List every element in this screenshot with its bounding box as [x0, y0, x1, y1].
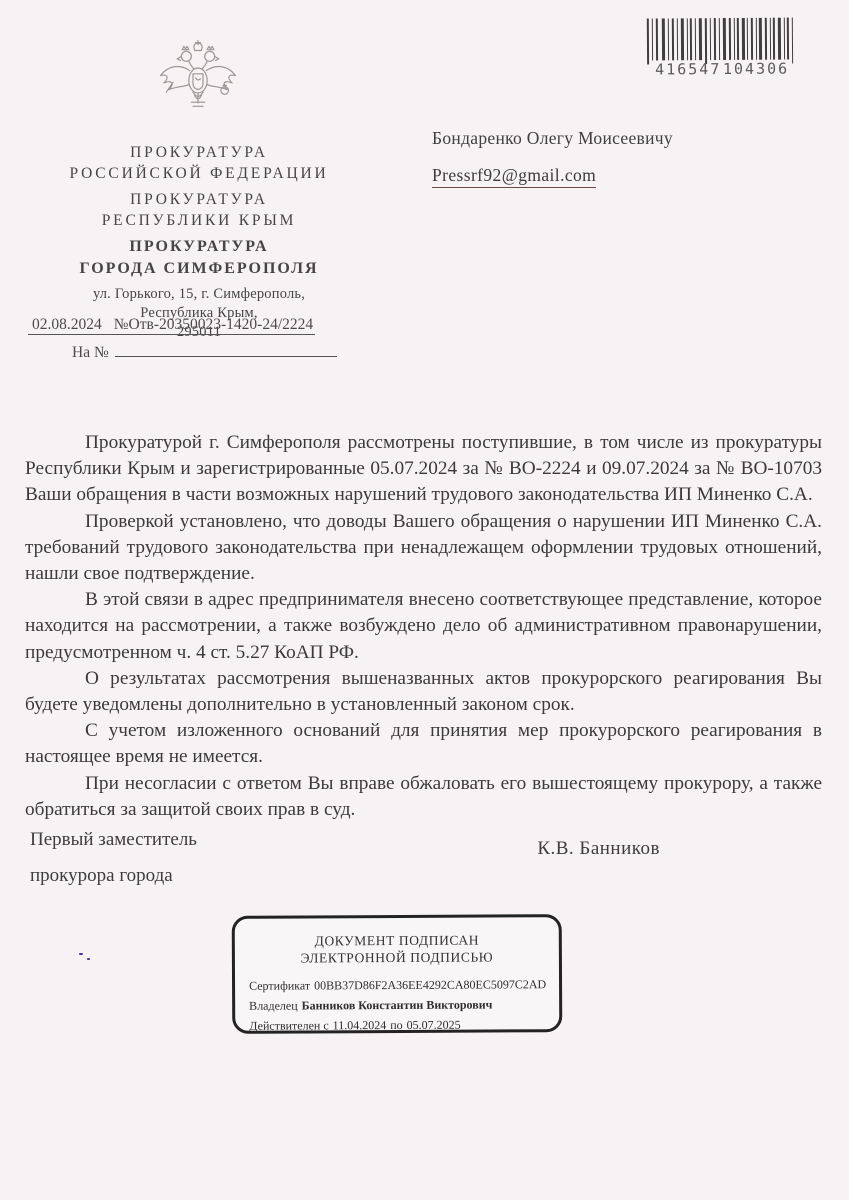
barcode-number-left: 416547 [655, 60, 721, 78]
org-line: ПРОКУРАТУРА [44, 189, 354, 210]
ink-speck [79, 953, 83, 955]
recipient-block: Бондаренко Олегу Моисеевичу Pressrf92@gm… [432, 128, 762, 188]
signer-position-line: прокурора города [30, 858, 820, 894]
validity-to-label: по [390, 1018, 402, 1032]
stamp-owner-line: ВладелецБанников Константин Викторович [249, 994, 559, 1016]
number-value: Отв-20350023-1420-24/2224 [129, 316, 314, 333]
org-line: ГОРОДА СИМФЕРОПОЛЯ [44, 258, 354, 280]
letter-body: Прокуратурой г. Симферополя рассмотрены … [25, 430, 822, 823]
ink-speck [87, 958, 90, 960]
body-paragraph: При несогласии с ответом Вы вправе обжал… [25, 771, 822, 823]
org-city: ПРОКУРАТУРА ГОРОДА СИМФЕРОПОЛЯ [44, 236, 354, 280]
barcode-number-right: 104306 [723, 60, 789, 78]
owner-label: Владелец [249, 999, 298, 1013]
letter-number: №Отв-20350023-1420-24/2224 [112, 316, 315, 335]
signer-position: Первый заместитель прокурора города [30, 822, 820, 894]
barcode-bars-icon [645, 17, 797, 64]
letter-date: 02.08.2024 [28, 316, 112, 335]
org-line: РОССИЙСКОЙ ФЕДЕРАЦИИ [44, 163, 354, 184]
validity-label: Действителен с [249, 1018, 328, 1032]
body-paragraph: Проверкой установлено, что доводы Вашего… [25, 509, 822, 588]
reply-to-blank-field [115, 342, 337, 357]
number-sign: № [114, 316, 129, 333]
stamp-details: Сертификат00BB37D86F2A36EE4292CA80EC5097… [249, 974, 559, 1036]
recipient-name: Бондаренко Олегу Моисеевичу [432, 128, 762, 149]
stamp-title: ДОКУМЕНТ ПОДПИСАН ЭЛЕКТРОННОЙ ПОДПИСЬЮ [235, 931, 559, 967]
stamp-title-line: ЭЛЕКТРОННОЙ ПОДПИСЬЮ [235, 948, 559, 967]
validity-to: 05.07.2025 [407, 1018, 461, 1032]
body-paragraph: С учетом изложенного оснований для приня… [25, 718, 822, 770]
body-paragraph: О результатах рассмотрения вышеназванных… [25, 666, 822, 718]
org-line: ПРОКУРАТУРА [44, 236, 354, 258]
russian-coat-of-arms-icon [148, 36, 248, 145]
electronic-signature-stamp: ДОКУМЕНТ ПОДПИСАН ЭЛЕКТРОННОЙ ПОДПИСЬЮ С… [232, 914, 563, 1034]
body-paragraph: В этой связи в адрес предпринимателя вне… [25, 587, 822, 666]
signer-name: К.В. Банников [537, 838, 660, 860]
stamp-validity-line: Действителен с11.04.2024по05.07.2025 [249, 1014, 559, 1036]
barcode-digits: 416547 104306 [645, 59, 797, 78]
owner-value: Банников Константин Викторович [302, 998, 493, 1013]
body-paragraph: Прокуратурой г. Симферополя рассмотрены … [25, 430, 822, 509]
org-republic: ПРОКУРАТУРА РЕСПУБЛИКИ КРЫМ [44, 189, 354, 231]
certificate-value: 00BB37D86F2A36EE4292CA80EC5097C2AD [314, 977, 546, 992]
stamp-title-line: ДОКУМЕНТ ПОДПИСАН [235, 931, 559, 950]
validity-from: 11.04.2024 [333, 1018, 387, 1032]
recipient-email: Pressrf92@gmail.com [432, 165, 596, 188]
scanned-letter-page: 416547 104306 [0, 0, 849, 1200]
signer-position-line: Первый заместитель [30, 822, 820, 858]
org-federation: ПРОКУРАТУРА РОССИЙСКОЙ ФЕДЕРАЦИИ [44, 142, 354, 184]
stamp-certificate-line: Сертификат00BB37D86F2A36EE4292CA80EC5097… [249, 974, 559, 996]
reply-to-line: На № [72, 342, 337, 362]
signature-block: Первый заместитель прокурора города К.В.… [30, 822, 820, 894]
reply-to-label: На № [72, 344, 109, 361]
reference-line: 02.08.2024№Отв-20350023-1420-24/2224 [28, 316, 358, 334]
org-line: ПРОКУРАТУРА [44, 142, 354, 163]
barcode: 416547 104306 [645, 17, 797, 78]
certificate-label: Сертификат [249, 978, 310, 992]
letterhead: ПРОКУРАТУРА РОССИЙСКОЙ ФЕДЕРАЦИИ ПРОКУРА… [44, 142, 354, 342]
address-line: ул. Горького, 15, г. Симферополь, [44, 285, 354, 304]
org-line: РЕСПУБЛИКИ КРЫМ [44, 210, 354, 231]
